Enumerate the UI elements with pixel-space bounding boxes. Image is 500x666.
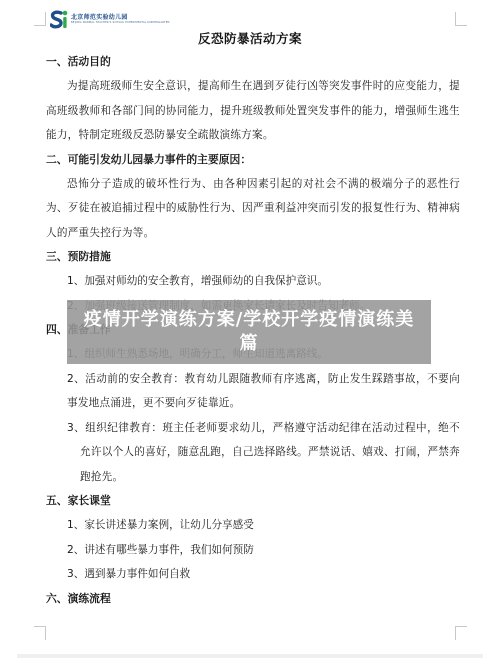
- section-heading: 三、预防措施: [46, 245, 460, 269]
- section-purpose: 一、活动目的 为提高班级师生安全意识，提高师生在遇到歹徒行凶等突发事件时的应变能…: [46, 50, 460, 148]
- section-heading: 一、活动目的: [46, 50, 460, 74]
- list-item: 3、遇到暴力事件如何自救: [46, 562, 460, 587]
- page-corner-mark-bottom-left: [34, 626, 46, 640]
- overlay-title[interactable]: 疫情开学演练方案/学校开学疫情演练美篇: [79, 308, 419, 356]
- section-heading: 五、家长课堂: [46, 489, 460, 513]
- logo-si-icon: [50, 10, 68, 30]
- section-heading: 二、可能引发幼儿园暴力事件的主要原因：: [46, 148, 460, 172]
- section-parent-class: 五、家长课堂 1、家长讲述暴力案例，让幼儿分享感受 2、讲述有哪些暴力事件，我们…: [46, 489, 460, 587]
- list-item: 2、活动前的安全教育：教育幼儿跟随教师有序逃离，防止发生踩踏事故，不要向事发地点…: [46, 367, 460, 416]
- title-overlay-banner[interactable]: 疫情开学演练方案/学校开学疫情演练美篇: [67, 300, 431, 364]
- list-item: 2、讲述有哪些暴力事件，我们如何预防: [46, 538, 460, 563]
- document-page: 北京师范实验幼儿园 BEIJING NORMAL TEACHER'S SCHOO…: [0, 0, 500, 666]
- section-drill-process: 六、演练流程: [46, 587, 460, 611]
- document-title: 反恐防暴活动方案: [0, 29, 500, 47]
- list-item: 1、加强对师幼的安全教育，增强师幼的自我保护意识。: [46, 269, 460, 294]
- page-corner-mark-top-left: [34, 12, 46, 26]
- section-causes: 二、可能引发幼儿园暴力事件的主要原因： 恐怖分子造成的破坏性行为、由各种因素引起…: [46, 148, 460, 246]
- page-corner-mark-top-right: [455, 12, 467, 26]
- school-logo: 北京师范实验幼儿园 BEIJING NORMAL TEACHER'S SCHOO…: [50, 10, 170, 30]
- page-corner-mark-bottom-right: [455, 626, 467, 640]
- section-heading: 六、演练流程: [46, 587, 460, 611]
- section-paragraph: 为提高班级师生安全意识，提高师生在遇到歹徒行凶等突发事件时的应变能力，提高班级教…: [46, 74, 460, 148]
- list-item: 1、家长讲述暴力案例，让幼儿分享感受: [46, 513, 460, 538]
- section-paragraph: 恐怖分子造成的破坏性行为、由各种因素引起的对社会不满的极端分子的恶性行为、歹徒在…: [46, 172, 460, 246]
- list-item: 3、组织纪律教育：班主任老师要求幼儿，严格遵守活动纪律在活动过程中，绝不允许以个…: [46, 416, 460, 490]
- page-bottom-divider: [17, 654, 483, 658]
- logo-subtitle: BEIJING NORMAL TEACHER'S SCHOOL EXPERIME…: [71, 22, 170, 25]
